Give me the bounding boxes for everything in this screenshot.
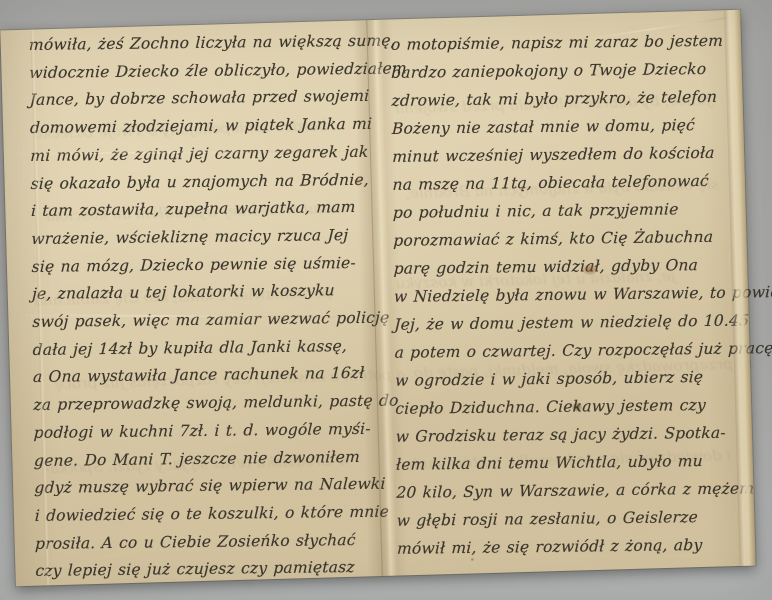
- handwriting-line: a Ona wystawiła Jance rachunek na 16zł: [32, 360, 379, 392]
- handwriting-line: czy lepiej się już czujesz czy pamiętasz: [35, 554, 382, 586]
- handwriting-line: 20 kilo, Syn w Warszawie, a córka z męże…: [396, 475, 747, 507]
- handwriting-line: parę godzin temu widział, gdyby Ona: [393, 251, 744, 283]
- handwriting-line: swój pasek, więc ma zamiar wezwać policj…: [32, 305, 379, 337]
- handwriting-line: gdyż muszę wybrać się wpierw na Nalewki: [34, 471, 381, 503]
- handwriting-line: w ogrodzie i w jaki sposób, ubierz się: [394, 363, 745, 395]
- handwriting-line: a potem o czwartej. Czy rozpoczęłaś już …: [394, 335, 745, 367]
- letter-page-left: mówiła, żeś Zochno liczyła na większą su…: [29, 28, 382, 586]
- handwriting-line: łem kilka dni temu Wichtla, ubyło mu: [395, 447, 746, 479]
- handwriting-line: na mszę na 11tą, obiecała telefonować: [392, 167, 743, 199]
- handwriting-line: i tam zostawiła, zupełna warjatka, mam: [30, 194, 377, 226]
- handwriting-line: zdrowie, tak mi było przykro, że telefon: [391, 83, 742, 115]
- handwriting-line: domowemi złodziejami, w piątek Janka mi: [29, 111, 376, 143]
- handwriting-line: i dowiedzieć się o te koszulki, o które …: [34, 499, 381, 531]
- handwriting-line: w Grodzisku teraz są jacy żydzi. Spotka-: [395, 419, 746, 451]
- handwriting-line: bardzo zaniepokojony o Twoje Dziecko: [391, 55, 742, 87]
- handwriting-line: o motopiśmie, napisz mi zaraz bo jestem: [390, 27, 741, 59]
- handwriting-line: ciepło Dziduchna. Ciekawy jestem czy: [395, 391, 746, 423]
- handwriting-line: po południu i nic, a tak przyjemnie: [392, 195, 743, 227]
- handwriting-line: Bożeny nie zastał mnie w domu, pięć: [391, 111, 742, 143]
- handwriting-line: w Niedzielę była znowu w Warszawie, to p…: [393, 279, 744, 311]
- handwriting-line: podłogi w kuchni 7zł. i t. d. wogóle myś…: [33, 416, 380, 448]
- letter-page-right: o motopiśmie, napisz mi zaraz bo jestem …: [391, 27, 747, 563]
- handwriting-line: je, znalazła u tej lokatorki w koszyku: [31, 277, 378, 309]
- handwriting-line: wrażenie, wściekliznę macicy rzuca Jej: [31, 222, 378, 254]
- handwriting-line: porozmawiać z kimś, kto Cię Żabuchna: [393, 223, 744, 255]
- letter-sheet: bardzo zaniepokojony o Twoje Dziecko min…: [0, 10, 755, 586]
- scan-background: bardzo zaniepokojony o Twoje Dziecko min…: [0, 0, 772, 600]
- handwriting-line: mi mówi, że zginął jej czarny zegarek ja…: [30, 139, 377, 171]
- handwriting-line: minut wcześniej wyszedłem do kościoła: [392, 139, 743, 171]
- handwriting-line: za przeprowadzkę swoją, meldunki, pastę …: [33, 388, 380, 420]
- handwriting-line: mówił mi, że się rozwiódł z żoną, aby: [397, 531, 748, 563]
- handwriting-line: Jej, że w domu jestem w niedzielę do 10.…: [394, 307, 745, 339]
- handwriting-line: Jance, by dobrze schowała przed swojemi: [29, 83, 376, 115]
- handwriting-line: w głębi rosji na zesłaniu, o Geislerze: [396, 503, 747, 535]
- handwriting-line: mówiła, żeś Zochno liczyła na większą su…: [28, 28, 375, 60]
